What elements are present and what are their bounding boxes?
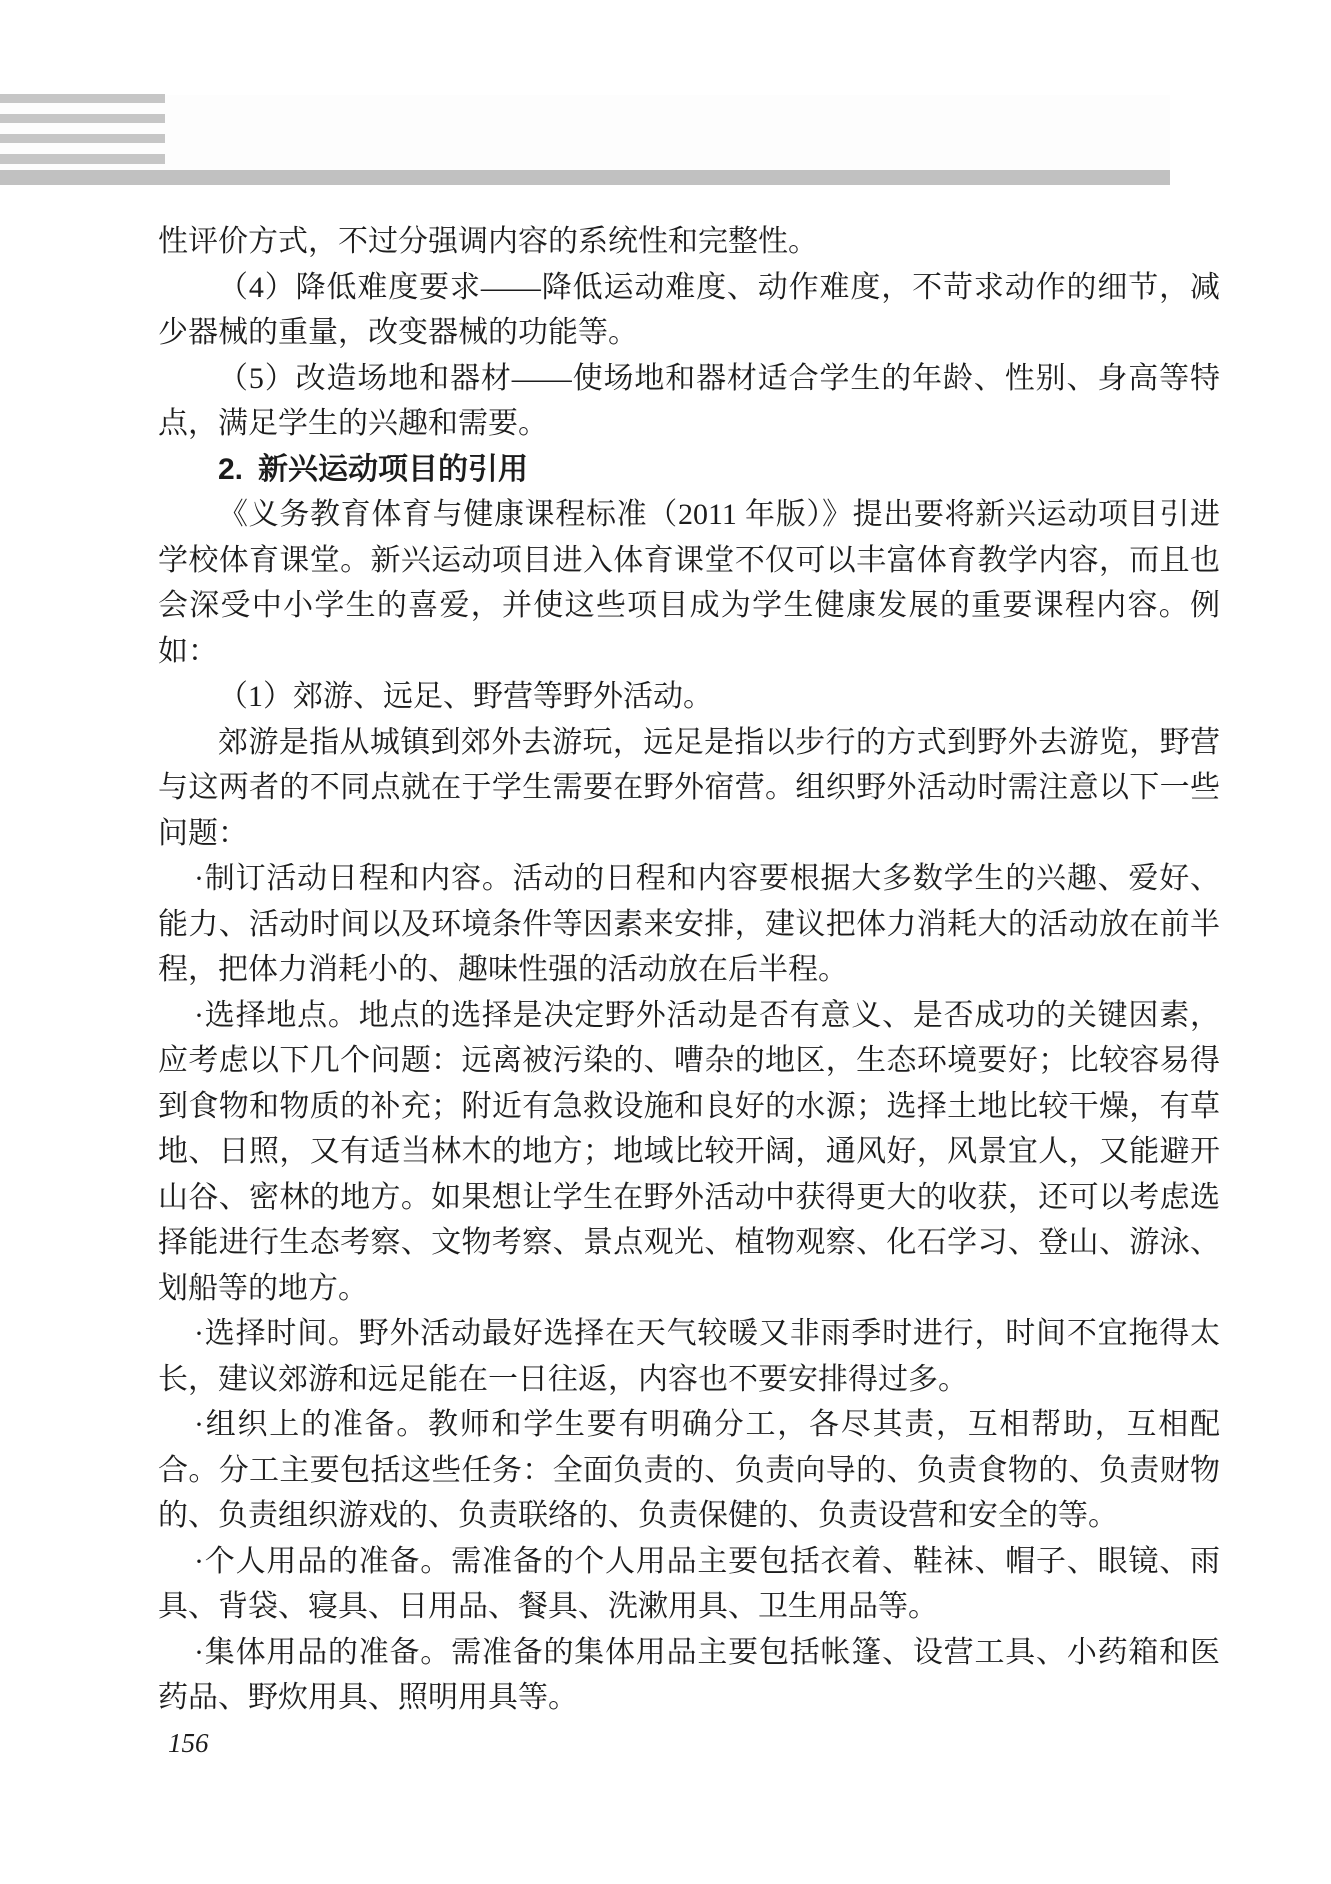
paragraph: ·集体用品的准备。需准备的集体用品主要包括帐篷、设营工具、小药箱和医药品、野炊用… <box>158 1630 1220 1721</box>
section-heading: 2. 新兴运动项目的引用 <box>158 447 1220 493</box>
body-text: 性评价方式，不过分强调内容的系统性和完整性。（4）降低难度要求——降低运动难度、… <box>158 219 1220 1721</box>
header-stripe <box>0 154 165 164</box>
header-stripe <box>0 114 165 123</box>
document-page: 性评价方式，不过分强调内容的系统性和完整性。（4）降低难度要求——降低运动难度、… <box>0 0 1331 1884</box>
header-stripe <box>0 94 165 103</box>
paragraph: 性评价方式，不过分强调内容的系统性和完整性。 <box>158 219 1220 265</box>
header-rule <box>0 170 1170 185</box>
paragraph: ·选择时间。野外活动最好选择在天气较暖又非雨季时进行，时间不宜拖得太长，建议郊游… <box>158 1311 1220 1402</box>
paragraph: （4）降低难度要求——降低运动难度、动作难度，不苛求动作的细节，减少器械的重量，… <box>158 265 1220 356</box>
page-number: 156 <box>168 1728 209 1759</box>
paragraph: ·个人用品的准备。需准备的个人用品主要包括衣着、鞋袜、帽子、眼镜、雨具、背袋、寝… <box>158 1539 1220 1630</box>
paragraph: ·选择地点。地点的选择是决定野外活动是否有意义、是否成功的关键因素，应考虑以下几… <box>158 993 1220 1312</box>
paragraph: （1）郊游、远足、野营等野外活动。 <box>158 674 1220 720</box>
paragraph: （5）改造场地和器材——使场地和器材适合学生的年龄、性别、身高等特点，满足学生的… <box>158 356 1220 447</box>
paragraph: ·组织上的准备。教师和学生要有明确分工，各尽其责，互相帮助，互相配合。分工主要包… <box>158 1402 1220 1539</box>
paragraph: ·制订活动日程和内容。活动的日程和内容要根据大多数学生的兴趣、爱好、能力、活动时… <box>158 856 1220 993</box>
paragraph: 《义务教育体育与健康课程标准（2011 年版）》提出要将新兴运动项目引进学校体育… <box>158 492 1220 674</box>
paragraph: 郊游是指从城镇到郊外去游玩，远足是指以步行的方式到野外去游览，野营与这两者的不同… <box>158 720 1220 857</box>
header-stripe <box>0 134 165 143</box>
